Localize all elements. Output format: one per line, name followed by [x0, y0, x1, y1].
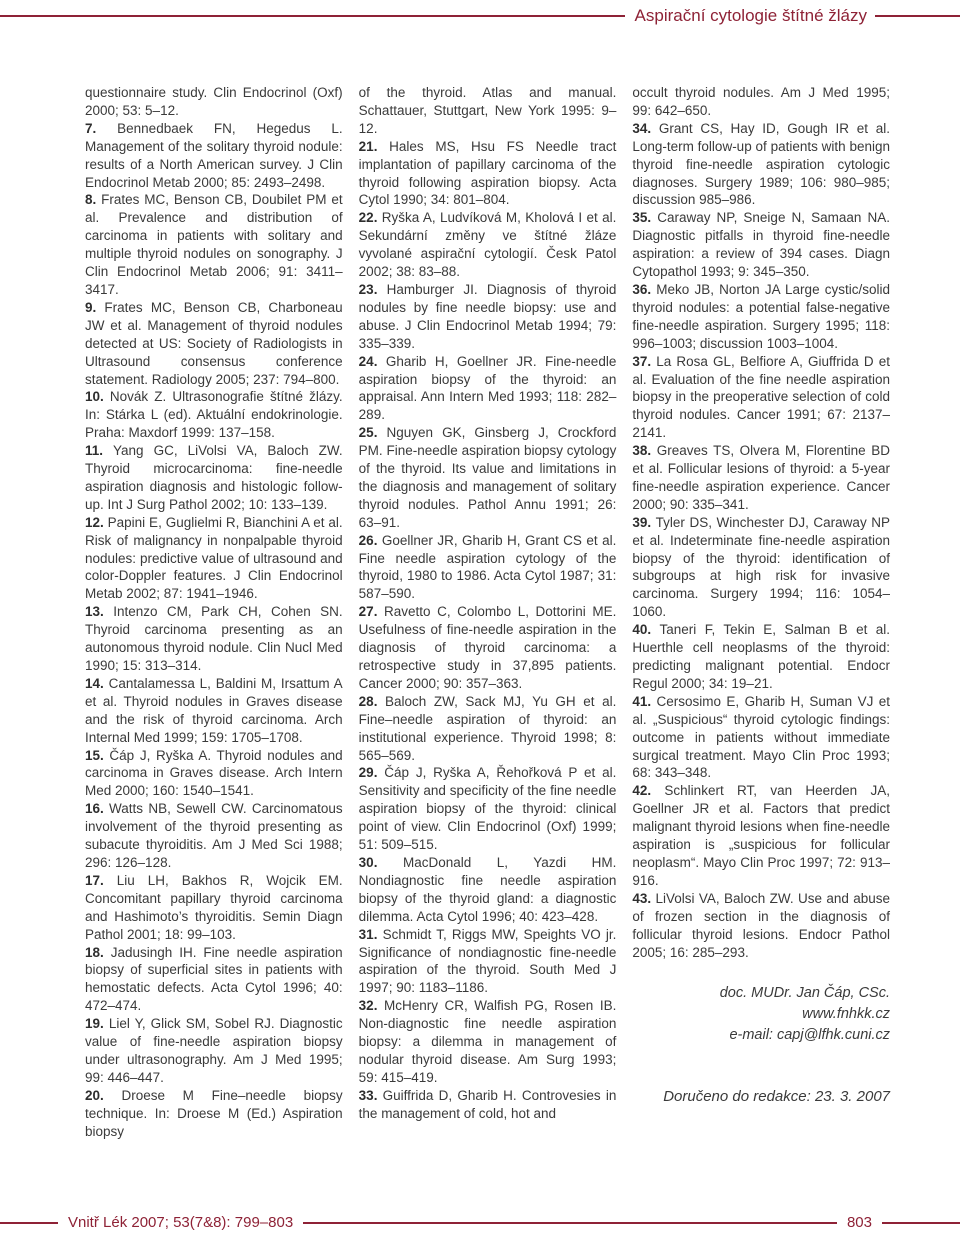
reference-item: occult thyroid nodules. Am J Med 1995; 9…: [632, 84, 890, 120]
reference-number: 33.: [359, 1088, 383, 1103]
reference-item: 32. McHenry CR, Walfish PG, Rosen IB. No…: [359, 997, 617, 1087]
journal-page: Aspirační cytologie štítné žlázy questio…: [0, 0, 960, 1241]
reference-item: 13. Intenzo CM, Park CH, Cohen SN. Thyro…: [85, 603, 343, 675]
reference-number: 34.: [632, 121, 659, 136]
reference-item: questionnaire study. Clin Endocrinol (Ox…: [85, 84, 343, 120]
reference-item: 11. Yang GC, LiVolsi VA, Baloch ZW. Thyr…: [85, 442, 343, 514]
reference-number: 32.: [359, 998, 384, 1013]
reference-number: 43.: [632, 891, 655, 906]
author-email: e-mail: capj@lfhk.cuni.cz: [632, 1025, 890, 1046]
reference-number: 25.: [359, 425, 387, 440]
reference-number: 18.: [85, 945, 111, 960]
author-website: www.fnhkk.cz: [632, 1004, 890, 1025]
reference-number: 24.: [359, 354, 386, 369]
reference-number: 13.: [85, 604, 113, 619]
reference-item: 41. Cersosimo E, Gharib H, Suman VJ et a…: [632, 693, 890, 783]
header-rule-left: [0, 15, 625, 17]
reference-item: 40. Taneri F, Tekin E, Salman B et al. H…: [632, 621, 890, 693]
references-column-1: questionnaire study. Clin Endocrinol (Ox…: [85, 84, 343, 1140]
reference-number: 40.: [632, 622, 659, 637]
reference-number: 27.: [359, 604, 384, 619]
reference-number: 31.: [359, 927, 383, 942]
reference-number: 30.: [359, 855, 403, 870]
reference-number: 17.: [85, 873, 117, 888]
reference-item: 43. LiVolsi VA, Baloch ZW. Use and abuse…: [632, 890, 890, 962]
reference-item: 28. Baloch ZW, Sack MJ, Yu GH et al. Fin…: [359, 693, 617, 765]
reference-item: 16. Watts NB, Sewell CW. Carcinomatous i…: [85, 800, 343, 872]
reference-item: 18. Jadusingh IH. Fine needle aspiration…: [85, 944, 343, 1016]
reference-number: 8.: [85, 192, 101, 207]
references-section: questionnaire study. Clin Endocrinol (Ox…: [85, 84, 890, 1140]
author-block: doc. MUDr. Jan Čáp, CSc. www.fnhkk.cz e-…: [632, 983, 890, 1046]
references-list-2: of the thyroid. Atlas and manual. Schatt…: [359, 84, 617, 1123]
reference-item: 7. Bennedbaek FN, Hegedus L. Management …: [85, 120, 343, 192]
reference-item: 12. Papini E, Guglielmi R, Bianchini A e…: [85, 514, 343, 604]
reference-number: 7.: [85, 121, 117, 136]
reference-item: 35. Caraway NP, Sneige N, Samaan NA. Dia…: [632, 209, 890, 281]
reference-number: 21.: [359, 139, 389, 154]
reference-number: 20.: [85, 1088, 121, 1103]
reference-number: 23.: [359, 282, 387, 297]
reference-number: 29.: [359, 765, 385, 780]
header-rule-right: [875, 15, 960, 17]
reference-item: 10. Novák Z. Ultrasonografie štítné žláz…: [85, 388, 343, 442]
reference-number: 38.: [632, 443, 656, 458]
reference-item: 25. Nguyen GK, Ginsberg J, Crockford PM.…: [359, 424, 617, 531]
reference-item: 29. Čáp J, Ryška A, Řehořková P et al. S…: [359, 764, 617, 854]
reference-number: 35.: [632, 210, 657, 225]
reference-item: 22. Ryška A, Ludvíková M, Kholová I et a…: [359, 209, 617, 281]
author-name: doc. MUDr. Jan Čáp, CSc.: [632, 983, 890, 1004]
reference-item: 33. Guiffrida D, Gharib H. Controvesies …: [359, 1087, 617, 1123]
reference-item: 21. Hales MS, Hsu FS Needle tract implan…: [359, 138, 617, 210]
page-footer: Vnitř Lék 2007; 53(7&8): 799–803 803: [0, 1214, 960, 1231]
reference-item: 30. MacDonald L, Yazdi HM. Nondiagnostic…: [359, 854, 617, 926]
reference-number: 22.: [359, 210, 382, 225]
reference-item: 23. Hamburger JI. Diagnosis of thyroid n…: [359, 281, 617, 353]
references-list-3: occult thyroid nodules. Am J Med 1995; 9…: [632, 84, 890, 961]
reference-number: 9.: [85, 300, 104, 315]
reference-number: 10.: [85, 389, 110, 404]
reference-item: 31. Schmidt T, Riggs MW, Speights VO jr.…: [359, 926, 617, 998]
reference-number: 16.: [85, 801, 109, 816]
reference-item: 34. Grant CS, Hay ID, Gough IR et al. Lo…: [632, 120, 890, 210]
reference-item: 37. La Rosa GL, Belfiore A, Giuffrida D …: [632, 353, 890, 443]
references-list-1: questionnaire study. Clin Endocrinol (Ox…: [85, 84, 343, 1140]
reference-item: 26. Goellner JR, Gharib H, Grant CS et a…: [359, 532, 617, 604]
reference-item: 38. Greaves TS, Olvera M, Florentine BD …: [632, 442, 890, 514]
page-number: 803: [837, 1214, 882, 1231]
references-column-3: occult thyroid nodules. Am J Med 1995; 9…: [632, 84, 890, 1140]
reference-number: 41.: [632, 694, 656, 709]
page-header: Aspirační cytologie štítné žlázy: [0, 6, 960, 26]
reference-item: 36. Meko JB, Norton JA Large cystic/soli…: [632, 281, 890, 353]
reference-item: 17. Liu LH, Bakhos R, Wojcik EM. Concomi…: [85, 872, 343, 944]
running-head-title: Aspirační cytologie štítné žlázy: [625, 6, 875, 26]
reference-item: 8. Frates MC, Benson CB, Doubilet PM et …: [85, 191, 343, 298]
reference-number: 36.: [632, 282, 656, 297]
footer-citation: Vnitř Lék 2007; 53(7&8): 799–803: [58, 1214, 303, 1231]
received-date: Doručeno do redakce: 23. 3. 2007: [632, 1088, 890, 1105]
reference-number: 42.: [632, 783, 664, 798]
reference-number: 37.: [632, 354, 656, 369]
reference-item: 42. Schlinkert RT, van Heerden JA, Goell…: [632, 782, 890, 889]
reference-number: 11.: [85, 443, 113, 458]
reference-item: 24. Gharib H, Goellner JR. Fine-needle a…: [359, 353, 617, 425]
reference-number: 28.: [359, 694, 385, 709]
reference-number: 19.: [85, 1016, 109, 1031]
footer-rule-middle: [303, 1222, 837, 1224]
references-column-2: of the thyroid. Atlas and manual. Schatt…: [359, 84, 617, 1140]
reference-item: 19. Liel Y, Glick SM, Sobel RJ. Diagnost…: [85, 1015, 343, 1087]
reference-number: 12.: [85, 515, 108, 530]
reference-number: 26.: [359, 533, 382, 548]
footer-rule-right: [882, 1222, 960, 1224]
reference-item: of the thyroid. Atlas and manual. Schatt…: [359, 84, 617, 138]
reference-item: 27. Ravetto C, Colombo L, Dottorini ME. …: [359, 603, 617, 693]
reference-number: 39.: [632, 515, 655, 530]
reference-item: 9. Frates MC, Benson CB, Charboneau JW e…: [85, 299, 343, 389]
reference-item: 20. Droese M Fine–needle biopsy techniqu…: [85, 1087, 343, 1141]
reference-number: 15.: [85, 748, 109, 763]
reference-item: 15. Čáp J, Ryška A. Thyroid nodules and …: [85, 747, 343, 801]
footer-rule-left: [0, 1222, 58, 1224]
reference-number: 14.: [85, 676, 109, 691]
reference-item: 39. Tyler DS, Winchester DJ, Caraway NP …: [632, 514, 890, 621]
reference-item: 14. Cantalamessa L, Baldini M, Irsattum …: [85, 675, 343, 747]
